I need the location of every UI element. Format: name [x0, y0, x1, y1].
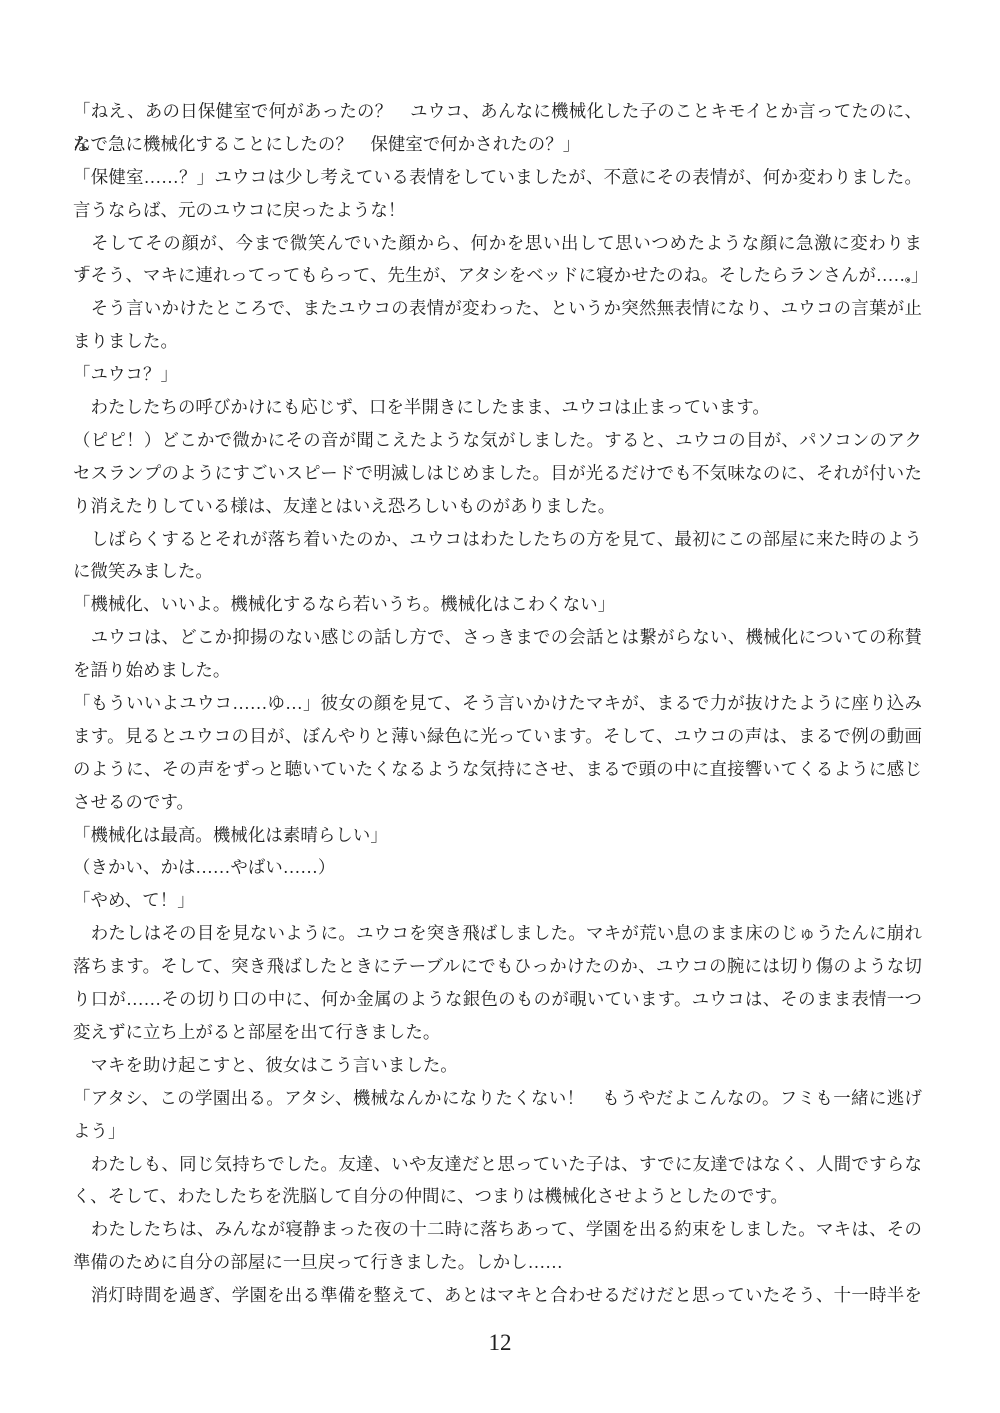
text-line: 変えずに立ち上がると部屋を出て行きました。 [73, 1016, 922, 1049]
text-line: わたしも、同じ気持ちでした。友達、いや友達だと思っていた子は、すでに友達ではなく… [73, 1148, 922, 1181]
text-line: く、そして、わたしたちを洗脳して自分の仲間に、つまりは機械化させようとしたのです… [73, 1180, 922, 1213]
text-line: を語り始めました。 [73, 654, 922, 687]
text-line: （ピピ！）どこかで微かにその音が聞こえたような気がしました。すると、ユウコの目が… [73, 424, 922, 457]
text-line: に微笑みました。 [73, 555, 922, 588]
text-line: まりました。 [73, 325, 922, 358]
text-line: り消えたりしている様は、友達とはいえ恐ろしいものがありました。 [73, 490, 922, 523]
text-line: （きかい、かは……やばい……） [73, 851, 922, 884]
text-line: 消灯時間を過ぎ、学園を出る準備を整えて、あとはマキと合わせるだけだと思っていたそ… [73, 1279, 922, 1312]
text-line: んで急に機械化することにしたの？ 保健室で何かされたの？」 [73, 128, 922, 161]
page-number: 12 [0, 1330, 1000, 1356]
text-line: セスランプのようにすごいスピードで明滅しはじめました。目が光るだけでも不気味なの… [73, 457, 922, 490]
text-line: 落ちます。そして、突き飛ばしたときにテーブルにでもひっかけたのか、ユウコの腕には… [73, 950, 922, 983]
text-line: しばらくするとそれが落ち着いたのか、ユウコはわたしたちの方を見て、最初にこの部屋… [73, 523, 922, 556]
document-page: 「ねえ、あの日保健室で何があったの？ ユウコ、あんなに機械化した子のことキモイと… [0, 0, 1000, 1413]
text-line: り口が……その切り口の中に、何か金属のような銀色のものが覗いています。ユウコは、… [73, 983, 922, 1016]
text-line: 「ユウコ？」 [73, 358, 922, 391]
text-line: 「保健室……？」ユウコは少し考えている表情をしていましたが、不意にその表情が、何… [73, 161, 922, 194]
text-line: 準備のために自分の部屋に一旦戻って行きました。しかし…… [73, 1246, 922, 1279]
text-line: わたしはその目を見ないように。ユウコを突き飛ばしました。マキが荒い息のまま床のじ… [73, 917, 922, 950]
text-line: 「ねえ、あの日保健室で何があったの？ ユウコ、あんなに機械化した子のことキモイと… [73, 95, 922, 128]
text-line: 「機械化、いいよ。機械化するなら若いうち。機械化はこわくない」 [73, 588, 922, 621]
text-line: のように、その声をずっと聴いていたくなるような気持にさせ、まるで頭の中に直接響い… [73, 753, 922, 786]
text-line: 「アタシ、この学園出る。アタシ、機械なんかになりたくない！ もうやだよこんなの。… [73, 1082, 922, 1115]
text-line: させるのです。 [73, 786, 922, 819]
text-line: ます。見るとユウコの目が、ぼんやりと薄い緑色に光っています。そして、ユウコの声は… [73, 720, 922, 753]
text-line: そう言いかけたところで、またユウコの表情が変わった、というか突然無表情になり、ユ… [73, 292, 922, 325]
text-line: そしてその顔が、今まで微笑んでいた顔から、何かを思い出して思いつめたような顔に急… [73, 227, 922, 260]
text-line: マキを助け起こすと、彼女はこう言いました。 [73, 1049, 922, 1082]
text-line: ユウコは、どこか抑揚のない感じの話し方で、さっきまでの会話とは繋がらない、機械化… [73, 621, 922, 654]
text-line: 「機械化は最高。機械化は素晴らしい」 [73, 819, 922, 852]
text-line: よう」 [73, 1115, 922, 1148]
text-line: わたしたちの呼びかけにも応じず、口を半開きにしたまま、ユウコは止まっています。 [73, 391, 922, 424]
text-line: 言うならば、元のユウコに戻ったような！ [73, 194, 922, 227]
text-line: わたしたちは、みんなが寝静まった夜の十二時に落ちあって、学園を出る約束をしました… [73, 1213, 922, 1246]
body-text: 「ねえ、あの日保健室で何があったの？ ユウコ、あんなに機械化した子のことキモイと… [73, 95, 922, 1312]
text-line: 「そう、マキに連れってってもらって、先生が、アタシをベッドに寝かせたのね。そした… [73, 259, 922, 292]
text-line: 「もういいよユウコ……ゆ…」彼女の顔を見て、そう言いかけたマキが、まるで力が抜け… [73, 687, 922, 720]
text-line: 「やめ、て！」 [73, 884, 922, 917]
